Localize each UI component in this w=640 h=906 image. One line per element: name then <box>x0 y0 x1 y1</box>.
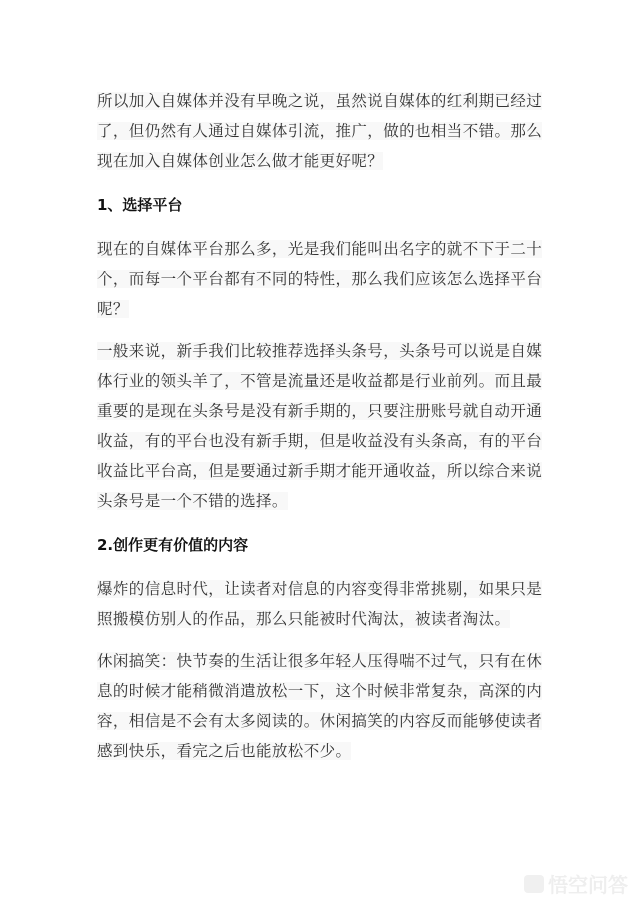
section2-paragraph-2: 休闲搞笑：快节奏的生活让很多年轻人压得喘不过气，只有在休息的时候才能稍微消遣放松… <box>97 646 547 766</box>
article-body: 所以加入自媒体并没有早晚之说，虽然说自媒体的红利期已经过了，但仍然有人通过自媒体… <box>97 86 547 766</box>
intro-paragraph: 所以加入自媒体并没有早晚之说，虽然说自媒体的红利期已经过了，但仍然有人通过自媒体… <box>97 86 547 176</box>
watermark: 悟空问答 <box>524 869 628 898</box>
section2-paragraph-1: 爆炸的信息时代，让读者对信息的内容变得非常挑剔，如果只是照搬模仿别人的作品，那么… <box>97 574 547 634</box>
section1-heading: 1、选择平台 <box>97 190 547 220</box>
watermark-text: 悟空问答 <box>548 869 628 898</box>
section2-heading: 2.创作更有价值的内容 <box>97 530 547 560</box>
section1-paragraph-1: 现在的自媒体平台那么多，光是我们能叫出名字的就不下于二十个，而每一个平台都有不同… <box>97 234 547 324</box>
section1-paragraph-2: 一般来说，新手我们比较推荐选择头条号，头条号可以说是自媒体行业的领头羊了，不管是… <box>97 336 547 516</box>
wukong-logo-icon <box>524 875 544 893</box>
